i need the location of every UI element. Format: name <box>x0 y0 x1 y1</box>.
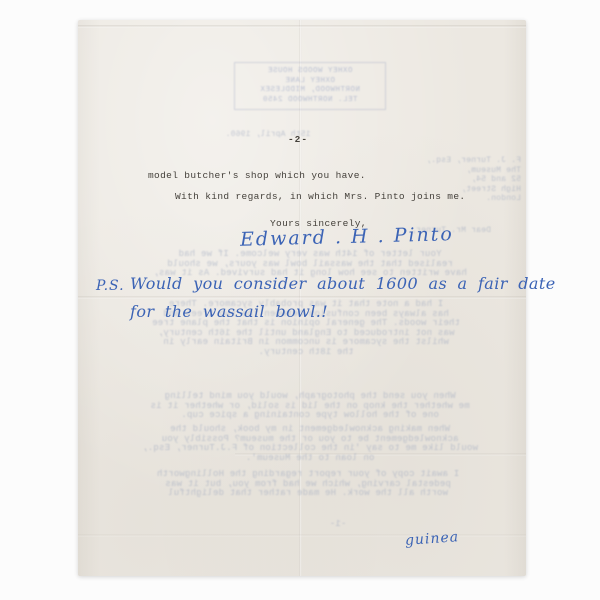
photo-background: OXHEY WOODS HOUSEOXHEY LANENORTHWOOD, MI… <box>0 0 600 600</box>
ghost-text-line: TEL. NORTHWOOD 2450 <box>237 96 383 106</box>
ghost-text-line: OXHEY WOODS HOUSE <box>237 67 383 77</box>
postscript-line-2: for the wassail bowl.! <box>130 302 328 321</box>
postscript-label: P.S. <box>96 278 125 294</box>
ghost-text-line: NORTHWOOD, MIDDLESEX <box>237 86 383 96</box>
ghost-paragraph-photograph: When you send the photograph, would you … <box>130 392 490 421</box>
fold-crease-top <box>78 25 526 28</box>
handwritten-annotation-guinea: guinea <box>405 529 460 549</box>
ghost-text-line: 52 and 54, <box>396 175 521 185</box>
ghost-paragraph-await: I await copy of your report regarding th… <box>138 470 478 499</box>
postscript-line-1: Would you consider about 1600 as a fair … <box>130 274 556 293</box>
ghost-text-line: worth all the work. He made rather that … <box>138 489 478 499</box>
letter-sheet: OXHEY WOODS HOUSEOXHEY LANENORTHWOOD, MI… <box>78 20 526 576</box>
handwritten-signature: Edward . H . Pinto <box>240 223 454 251</box>
body-line-2: With kind regards, in which Mrs. Pinto j… <box>175 191 465 203</box>
page-number: -2- <box>278 134 318 146</box>
ghost-text-line: on loan to the Museum'. <box>126 454 494 464</box>
ghost-text-line: F. J. Turner, Esq., <box>396 156 521 166</box>
ghost-text-line: The Museum, <box>396 166 521 176</box>
ghost-text-line: one of the hollow type containing a spic… <box>130 411 490 421</box>
address-stamp-bleedthrough: OXHEY WOODS HOUSEOXHEY LANENORTHWOOD, MI… <box>234 62 386 110</box>
reverse-page-number-bleedthrough: -1- <box>318 520 358 530</box>
ghost-text-line: OXHEY LANE <box>237 77 383 87</box>
ghost-text-line: the 18th century. <box>130 348 482 358</box>
ghost-paragraph-acknowledgement: When making acknowledgement in my book, … <box>126 425 494 463</box>
body-line-1: model butcher's shop which you have. <box>148 170 366 182</box>
